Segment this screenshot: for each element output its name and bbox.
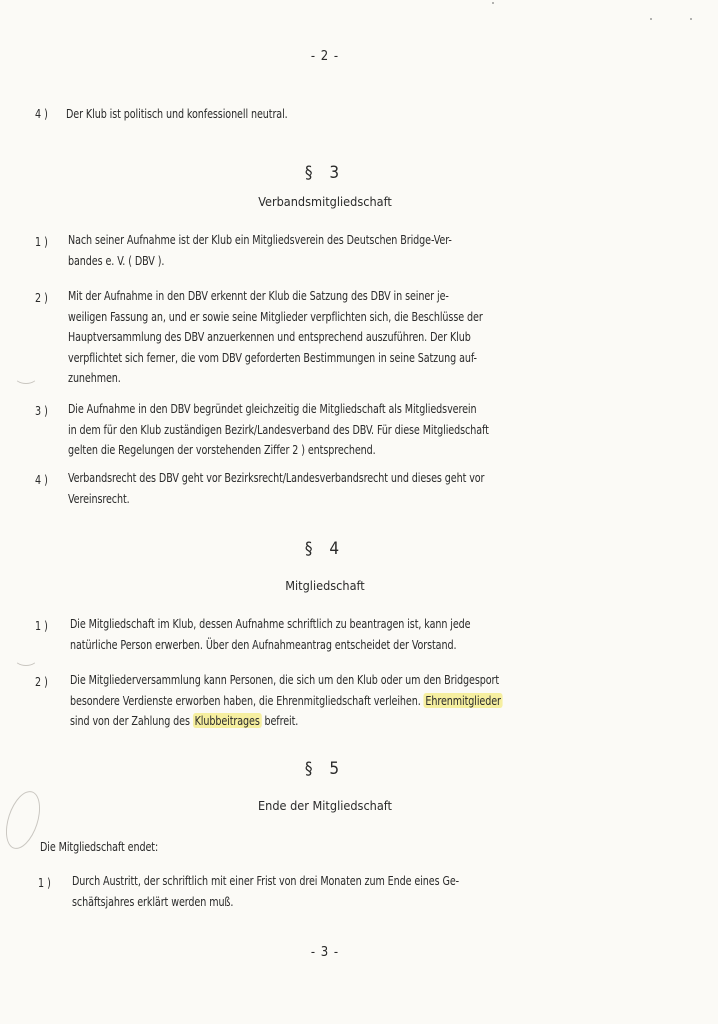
text-line: zunehmen.	[68, 368, 483, 389]
text-line: natürliche Person erwerben. Über den Auf…	[70, 635, 471, 656]
item-text: Mit der Aufnahme in den DBV erkennt der …	[68, 286, 483, 389]
text-line: Nach seiner Aufnahme ist der Klub ein Mi…	[68, 230, 452, 251]
punch-hole-mark	[14, 368, 38, 384]
text-line: Durch Austritt, der schriftlich mit eine…	[72, 871, 459, 892]
item-number: 2 )	[35, 674, 48, 689]
section-sign: § 5	[0, 759, 650, 779]
highlighted-text: Ehrenmitglieder	[424, 693, 503, 708]
item-number: 4 )	[35, 106, 48, 121]
scan-speck	[650, 18, 652, 20]
item-number: 4 )	[35, 472, 48, 487]
text-line: bandes e. V. ( DBV ).	[68, 251, 452, 272]
section-title: Ende der Mitgliedschaft	[0, 798, 650, 813]
text-line: Hauptversammlung des DBV anzuerkennen un…	[68, 327, 483, 348]
item-text: Verbandsrecht des DBV geht vor Bezirksre…	[68, 468, 484, 509]
item-number: 1 )	[35, 618, 48, 633]
section-intro: Die Mitgliedschaft endet:	[40, 839, 158, 854]
text-line: Die Mitgliedschaft im Klub, dessen Aufna…	[70, 614, 471, 635]
section-title: Verbandsmitgliedschaft	[0, 194, 650, 209]
page-number-footer: - 3 -	[0, 945, 650, 960]
item-number: 1 )	[38, 875, 51, 890]
section-sign: § 3	[0, 163, 650, 183]
text-line: besondere Verdienste erworben haben, die…	[70, 691, 503, 712]
item-text: Durch Austritt, der schriftlich mit eine…	[72, 871, 459, 912]
text-line: weiligen Fassung an, und er sowie seine …	[68, 307, 483, 328]
page-number-header: - 2 -	[0, 49, 650, 64]
text-line: schäftsjahres erklärt werden muß.	[72, 892, 459, 913]
section-sign: § 4	[0, 539, 650, 559]
item-number: 3 )	[35, 403, 48, 418]
item-number: 1 )	[35, 234, 48, 249]
text-line: in dem für den Klub zuständigen Bezirk/L…	[68, 420, 489, 441]
scan-speck	[690, 18, 692, 20]
item-text: Nach seiner Aufnahme ist der Klub ein Mi…	[68, 230, 452, 271]
scan-speck	[492, 2, 494, 4]
document-page: - 2 - 4 ) Der Klub ist politisch und kon…	[0, 0, 718, 1024]
text-line: verpflichtet sich ferner, die vom DBV ge…	[68, 348, 483, 369]
item-number: 2 )	[35, 290, 48, 305]
item-text: Die Mitgliederversammlung kann Personen,…	[70, 670, 503, 732]
text-line: Mit der Aufnahme in den DBV erkennt der …	[68, 286, 483, 307]
item-text: Die Aufnahme in den DBV begründet gleich…	[68, 399, 489, 461]
item-text: Der Klub ist politisch und konfessionell…	[66, 106, 288, 121]
punch-hole-mark	[14, 650, 38, 666]
text-line: gelten die Regelungen der vorstehenden Z…	[68, 440, 489, 461]
text-line: sind von der Zahlung des Klubbeitrages b…	[70, 711, 503, 732]
text-line: Verbandsrecht des DBV geht vor Bezirksre…	[68, 468, 484, 489]
item-text: Die Mitgliedschaft im Klub, dessen Aufna…	[70, 614, 471, 655]
highlighted-text: Klubbeitrages	[193, 713, 262, 728]
section-title: Mitgliedschaft	[0, 578, 650, 593]
text-line: Vereinsrecht.	[68, 489, 484, 510]
text-line: Die Mitgliederversammlung kann Personen,…	[70, 670, 503, 691]
text-line: Die Aufnahme in den DBV begründet gleich…	[68, 399, 489, 420]
